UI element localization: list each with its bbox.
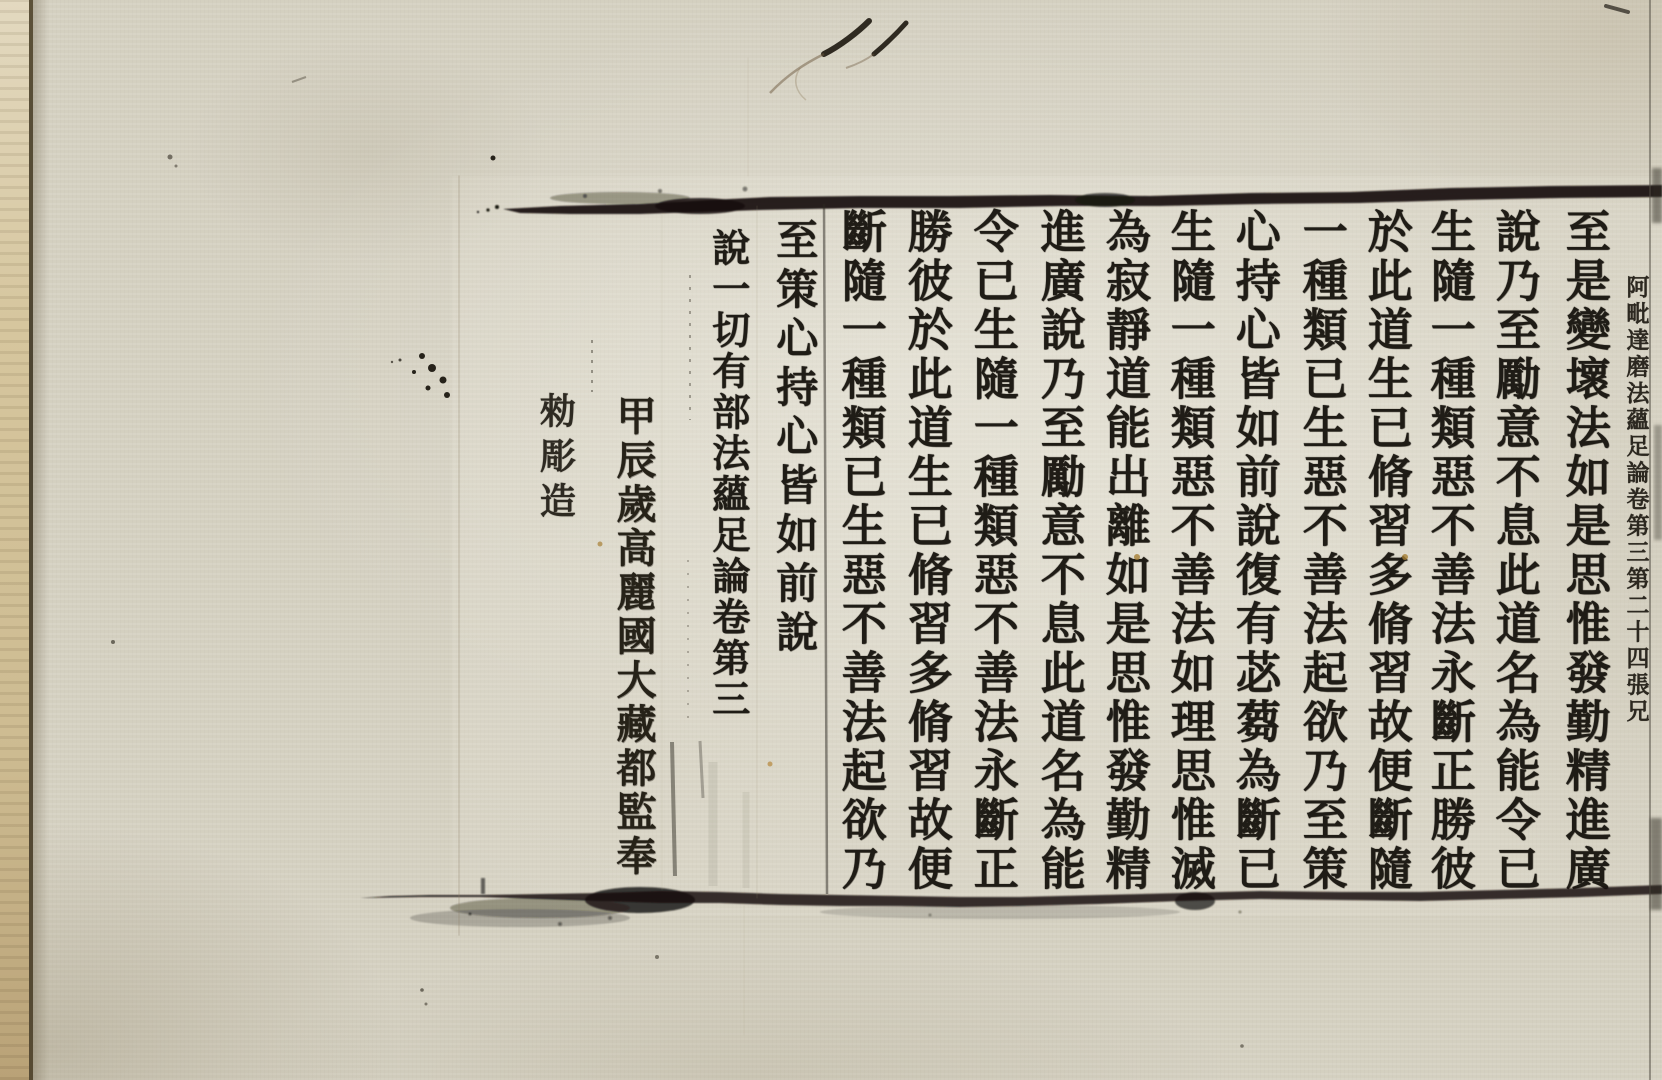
text-column-7: 生隨一種類惡不善法如理思惟滅 bbox=[1162, 208, 1214, 894]
text-column-5: 一種類已生惡不善法起欲乃至策 bbox=[1294, 208, 1346, 894]
colophon-decree-column: 勑彫造 bbox=[534, 392, 575, 527]
colophon-date-column: 甲辰歲高麗國大藏都監奉 bbox=[610, 395, 656, 879]
margin-title-column: 阿毗達磨法蘊足論卷第三第二十四張兄 bbox=[1622, 275, 1648, 726]
text-column-1: 至是變壞法如是思惟發勤精進廣 bbox=[1557, 208, 1609, 894]
text-column-6: 心持心皆如前說復有苾蒭為斷已 bbox=[1227, 208, 1279, 894]
book-edge-shadow bbox=[33, 0, 49, 1080]
continuation-column: 至策心持心皆如前說 bbox=[769, 218, 817, 659]
text-column-2: 說乃至勵意不息此道名為能令已 bbox=[1487, 208, 1539, 894]
text-column-10: 令已生隨一種類惡不善法永斷正 bbox=[965, 208, 1017, 894]
text-column-11: 勝彼於此道生已脩習多脩習故便 bbox=[899, 208, 951, 894]
text-column-4: 於此道生已脩習多脩習故便斷隨 bbox=[1359, 208, 1411, 894]
book-edge-strip bbox=[0, 0, 30, 1080]
text-column-12: 斷隨一種類已生惡不善法起欲乃 bbox=[833, 208, 885, 894]
text-column-9: 進廣說乃至勵意不息此道名為能 bbox=[1032, 208, 1084, 894]
text-column-8: 為寂靜道能出離如是思惟發勤精 bbox=[1097, 208, 1149, 894]
end-title-column: 說一切有部法蘊足論卷第三 bbox=[704, 228, 748, 720]
text-column-3: 生隨一種類惡不善法永斷正勝彼 bbox=[1422, 208, 1474, 894]
